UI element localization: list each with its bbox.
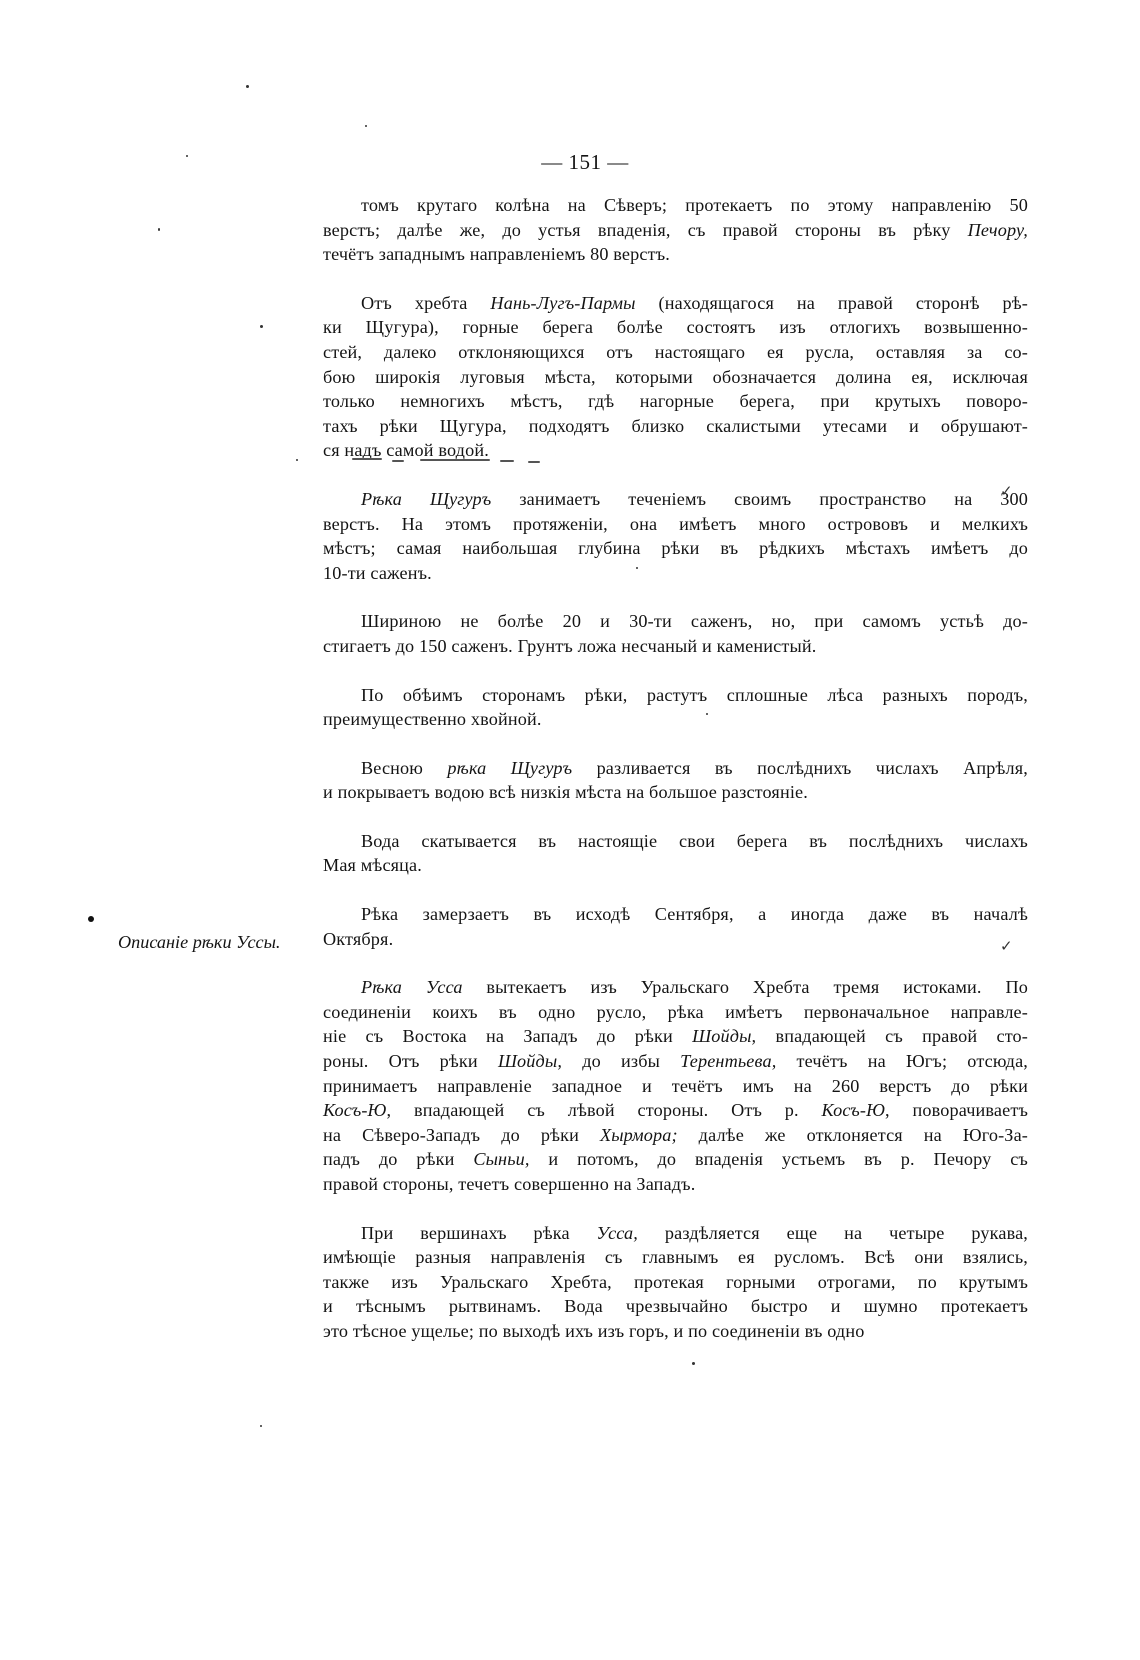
text-run: По обѣимъ сторонамъ рѣки, растутъ сплошн… <box>361 685 1028 705</box>
text-run: также изъ Уральскаго Хребта, протекая го… <box>323 1272 1028 1292</box>
text-run: до избы <box>562 1051 680 1071</box>
text-run: Весною <box>361 758 447 778</box>
main-text-column: томъ крутаго колѣна на Сѣверъ; протекает… <box>323 193 1028 1368</box>
text-line: стигаетъ до 150 саженъ. Грунтъ ложа несч… <box>323 634 1028 659</box>
checkmark-icon: ✓ <box>1000 937 1013 955</box>
text-run: впадающей съ правой сто- <box>756 1026 1028 1046</box>
text-line: верстъ. На этомъ протяженіи, она имѣетъ … <box>323 512 1028 537</box>
text-run: преимущественно хвойной. <box>323 709 542 729</box>
text-line: При вершинахъ рѣка Усса, раздѣляется еще… <box>323 1221 1028 1246</box>
text-run: томъ крутаго колѣна на Сѣверъ; протекает… <box>361 195 1028 215</box>
italic-name: Хырмора; <box>600 1125 678 1145</box>
text-line: на Сѣверо-Западъ до рѣки Хырмора; далѣе … <box>323 1123 1028 1148</box>
text-run: Рѣка замерзаетъ въ исходѣ Сентября, а ин… <box>361 904 1028 924</box>
italic-name: Сыньи, <box>473 1149 529 1169</box>
text-line: Мая мѣсяца. <box>323 853 1028 878</box>
text-line: Косъ-Ю, впадающей съ лѣвой стороны. Отъ … <box>323 1098 1028 1123</box>
paper-speck <box>706 713 708 715</box>
text-run: имѣющіе разныя направленія съ главнымъ е… <box>323 1247 1028 1267</box>
text-run: мѣстъ; самая наибольшая глубина рѣки въ … <box>323 538 1028 558</box>
text-line: Весною рѣка Щугуръ разливается въ послѣд… <box>323 756 1028 781</box>
text-line: Вода скатывается въ настоящіе свои берег… <box>323 829 1028 854</box>
italic-name: Шойды, <box>498 1051 562 1071</box>
text-run: падъ до рѣки <box>323 1149 473 1169</box>
text-line: томъ крутаго колѣна на Сѣверъ; протекает… <box>323 193 1028 218</box>
text-run: на Сѣверо-Западъ до рѣки <box>323 1125 600 1145</box>
paragraph: томъ крутаго колѣна на Сѣверъ; протекает… <box>323 193 1028 267</box>
page-number: — 151 — <box>0 150 1140 175</box>
text-run: соединеніи коихъ въ одно русло, рѣка имѣ… <box>323 1002 1028 1022</box>
text-run: течётъ на Югъ; отсюда, <box>776 1051 1028 1071</box>
text-line: течётъ западнымъ направленіемъ 80 верстъ… <box>323 242 1028 267</box>
text-run: При вершинахъ рѣка <box>361 1223 597 1243</box>
italic-name: Рѣка Усса <box>361 977 463 997</box>
paragraph: Весною рѣка Щугуръ разливается въ послѣд… <box>323 756 1028 805</box>
checkmark-icon: ✓ <box>1000 482 1013 500</box>
text-line: правой стороны, течетъ совершенно на Зап… <box>323 1172 1028 1197</box>
paragraph: При вершинахъ рѣка Усса, раздѣляется еще… <box>323 1221 1028 1344</box>
text-line: имѣющіе разныя направленія съ главнымъ е… <box>323 1245 1028 1270</box>
text-run: , поворачиваетъ <box>885 1100 1028 1120</box>
text-run: Мая мѣсяца. <box>323 855 422 875</box>
text-run: (находящагося на правой сторонѣ рѣ- <box>636 293 1028 313</box>
italic-name: Терентьева, <box>680 1051 776 1071</box>
text-run: и тѣснымъ рытвинамъ. Вода чрезвычайно бы… <box>323 1296 1028 1316</box>
text-run: только немногихъ мѣстъ, гдѣ нагорные бер… <box>323 391 1028 411</box>
paper-speck <box>260 325 263 328</box>
text-line: стей, далеко отклоняющихся отъ настоящаг… <box>323 340 1028 365</box>
text-line: Отъ хребта Нань-Лугъ-Пармы (находящагося… <box>323 291 1028 316</box>
paper-speck <box>158 228 160 231</box>
paragraph: Вода скатывается въ настоящіе свои берег… <box>323 829 1028 878</box>
italic-name: Нань-Лугъ-Пармы <box>490 293 635 313</box>
text-line: также изъ Уральскаго Хребта, протекая го… <box>323 1270 1028 1295</box>
text-line: тахъ рѣки Щугура, подходятъ близко скали… <box>323 414 1028 439</box>
text-run: занимаетъ теченіемъ своимъ пространство … <box>491 489 1028 509</box>
text-line: верстъ; далѣе же, до устья впаденія, съ … <box>323 218 1028 243</box>
text-line: роны. Отъ рѣки Шойды, до избы Терентьева… <box>323 1049 1028 1074</box>
italic-name: рѣка Щугуръ <box>447 758 572 778</box>
paper-speck <box>636 567 638 569</box>
text-line: ки Щугура), горные берега болѣе состоятъ… <box>323 315 1028 340</box>
text-line: мѣстъ; самая наибольшая глубина рѣки въ … <box>323 536 1028 561</box>
paragraph: Рѣка Щугуръ занимаетъ теченіемъ своимъ п… <box>323 487 1028 585</box>
text-run: стей, далеко отклоняющихся отъ настоящаг… <box>323 342 1028 362</box>
text-line: соединеніи коихъ въ одно русло, рѣка имѣ… <box>323 1000 1028 1025</box>
text-run: это тѣсное ущелье; по выходѣ ихъ изъ гор… <box>323 1321 864 1341</box>
pencil-scribble <box>500 460 514 462</box>
ink-dot <box>88 916 94 922</box>
text-run: раздѣляется еще на четыре рукава, <box>638 1223 1028 1243</box>
text-run: стигаетъ до 150 саженъ. Грунтъ ложа несч… <box>323 636 816 656</box>
text-line: Рѣка Усса вытекаетъ изъ Уральскаго Хребт… <box>323 975 1028 1000</box>
paragraph: Отъ хребта Нань-Лугъ-Пармы (находящагося… <box>323 291 1028 463</box>
text-run: Отъ хребта <box>361 293 490 313</box>
text-line: это тѣсное ущелье; по выходѣ ихъ изъ гор… <box>323 1319 1028 1344</box>
text-line: принимаетъ направленіе западное и течётъ… <box>323 1074 1028 1099</box>
text-run: верстъ. На этомъ протяженіи, она имѣетъ … <box>323 514 1028 534</box>
text-run: и потомъ, до впаденія устьемъ въ р. Печо… <box>530 1149 1028 1169</box>
pencil-scribble <box>528 461 540 463</box>
pencil-scribble <box>392 460 404 462</box>
text-run: правой стороны, течетъ совершенно на Зап… <box>323 1174 695 1194</box>
pencil-scribble <box>352 458 382 460</box>
text-run: Шириною не болѣе 20 и 30-ти саженъ, но, … <box>361 611 1028 631</box>
text-run: роны. Отъ рѣки <box>323 1051 498 1071</box>
text-line: и тѣснымъ рытвинамъ. Вода чрезвычайно бы… <box>323 1294 1028 1319</box>
text-run: ки Щугура), горные берега болѣе состоятъ… <box>323 317 1028 337</box>
paper-speck <box>296 459 298 461</box>
text-run: Вода скатывается въ настоящіе свои берег… <box>361 831 1028 851</box>
paragraph: Рѣка замерзаетъ въ исходѣ Сентября, а ин… <box>323 902 1028 951</box>
text-run: течётъ западнымъ направленіемъ 80 верстъ… <box>323 244 670 264</box>
text-line: бою широкія луговыя мѣста, которыми обоз… <box>323 365 1028 390</box>
italic-name: Шойды, <box>692 1026 756 1046</box>
text-run: разливается въ послѣднихъ числахъ Апрѣля… <box>572 758 1028 778</box>
italic-name: Печору, <box>968 220 1028 240</box>
text-line: Рѣка Щугуръ занимаетъ теченіемъ своимъ п… <box>323 487 1028 512</box>
paper-speck <box>246 85 249 88</box>
text-line: преимущественно хвойной. <box>323 707 1028 732</box>
text-run: вытекаетъ изъ Уральскаго Хребта тремя ис… <box>463 977 1028 997</box>
text-run: тахъ рѣки Щугура, подходятъ близко скали… <box>323 416 1028 436</box>
text-run: бою широкія луговыя мѣста, которыми обоз… <box>323 367 1028 387</box>
italic-name: Косъ-Ю <box>822 1100 885 1120</box>
italic-name: Усса, <box>597 1223 638 1243</box>
text-line: только немногихъ мѣстъ, гдѣ нагорные бер… <box>323 389 1028 414</box>
text-run: и покрываетъ водою всѣ низкія мѣста на б… <box>323 782 808 802</box>
text-line: ніе съ Востока на Западъ до рѣки Шойды, … <box>323 1024 1028 1049</box>
text-run: Октября. <box>323 929 393 949</box>
text-run: принимаетъ направленіе западное и течётъ… <box>323 1076 1028 1096</box>
text-run: ніе съ Востока на Западъ до рѣки <box>323 1026 692 1046</box>
book-page: — 151 — томъ крутаго колѣна на Сѣверъ; п… <box>0 0 1140 1660</box>
paper-speck <box>186 155 188 157</box>
paragraph: Рѣка Усса вытекаетъ изъ Уральскаго Хребт… <box>323 975 1028 1196</box>
paper-speck <box>692 1362 695 1365</box>
text-run: , впадающей съ лѣвой стороны. Отъ р. <box>386 1100 821 1120</box>
text-run: далѣе же отклоняется на Юго-За- <box>678 1125 1028 1145</box>
text-line: Шириною не болѣе 20 и 30-ти саженъ, но, … <box>323 609 1028 634</box>
text-line: 10-ти саженъ. <box>323 561 1028 586</box>
text-line: падъ до рѣки Сыньи, и потомъ, до впадені… <box>323 1147 1028 1172</box>
text-line: и покрываетъ водою всѣ низкія мѣста на б… <box>323 780 1028 805</box>
text-run: ся надъ самой водой. <box>323 440 489 460</box>
italic-name: Рѣка Щугуръ <box>361 489 491 509</box>
text-run: верстъ; далѣе же, до устья впаденія, съ … <box>323 220 968 240</box>
text-line: Октября. <box>323 927 1028 952</box>
text-run: 10-ти саженъ. <box>323 563 432 583</box>
margin-sidenote: Описаніе рѣки Уссы. <box>118 932 280 953</box>
text-line: По обѣимъ сторонамъ рѣки, растутъ сплошн… <box>323 683 1028 708</box>
paper-speck <box>260 1425 262 1427</box>
text-line: Рѣка замерзаетъ въ исходѣ Сентября, а ин… <box>323 902 1028 927</box>
italic-name: Косъ-Ю <box>323 1100 386 1120</box>
paper-speck <box>365 125 367 127</box>
pencil-scribble <box>420 459 490 461</box>
paragraph: По обѣимъ сторонамъ рѣки, растутъ сплошн… <box>323 683 1028 732</box>
paragraph: Шириною не болѣе 20 и 30-ти саженъ, но, … <box>323 609 1028 658</box>
